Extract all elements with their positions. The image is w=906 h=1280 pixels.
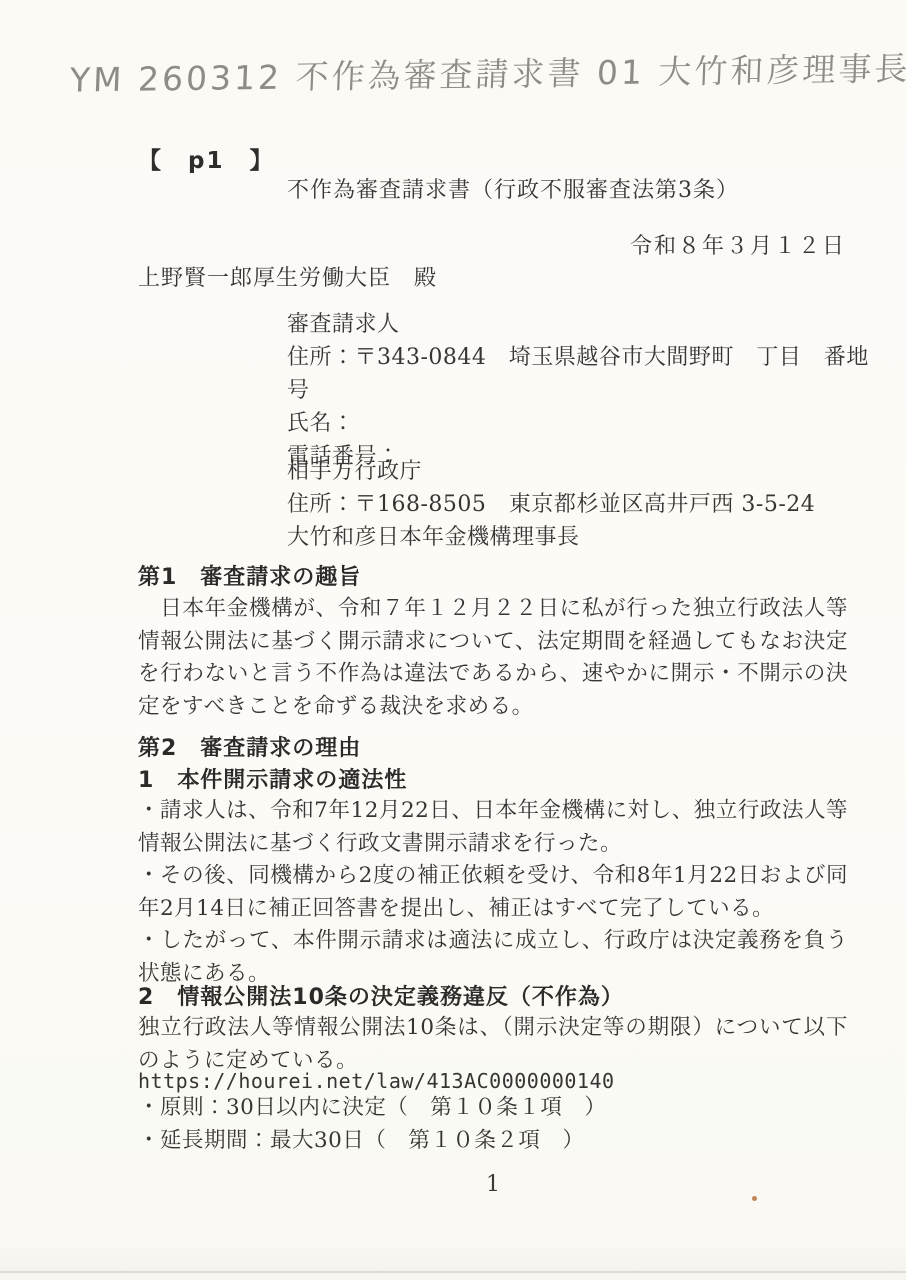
handwritten-note: YM 260312 不作為審査請求書 01 大竹和彦理事長 — [69, 45, 731, 101]
claimant-name-label: 氏名： — [287, 407, 906, 440]
section2-sub1-heading: 1 本件開示請求の適法性 — [138, 763, 407, 794]
respondent-address: 住所：〒168-8505 東京都杉並区高井戸西 3-5-24 — [287, 488, 815, 521]
section2-sub1-items: ・請求人は、令和7年12月22日、日本年金機構に対し、独立行政法人等情報公開法に… — [138, 795, 848, 990]
section1-heading: 第1 審査請求の趣旨 — [138, 560, 361, 591]
addressee-line: 上野賢一郎厚生労働大臣 殿 — [138, 261, 437, 292]
claimant-address: 住所：〒343-0844 埼玉県越谷市大間野町 丁目 番地 号 — [287, 341, 906, 407]
section2-sub2-intro: 独立行政法人等情報公開法10条は、（開示決定等の期限）について以下のように定めて… — [138, 1012, 848, 1077]
scan-edge-line — [0, 1271, 906, 1273]
list-item: ・延長期間：最大30日（ 第１０条２項 ） — [138, 1125, 606, 1158]
law-reference-url: https://hourei.net/law/413AC0000000140 — [138, 1069, 615, 1093]
document-date: 令和８年３月１２日 — [630, 229, 846, 260]
scan-speckle — [752, 1196, 757, 1201]
law-deadline-items: ・原則：30日以内に決定（ 第１０条１項 ） ・延長期間：最大30日（ 第１０条… — [138, 1092, 606, 1157]
section1-body: 日本年金機構が、令和７年１２月２２日に私が行った独立行政法人等情報公開法に基づく… — [138, 593, 848, 723]
list-item: ・請求人は、令和7年12月22日、日本年金機構に対し、独立行政法人等情報公開法に… — [138, 795, 848, 860]
page-number: 1 — [138, 1172, 848, 1197]
section2-heading: 第2 審査請求の理由 — [138, 731, 361, 762]
respondent-heading: 相手方行政庁 — [287, 455, 815, 488]
scan-edge-shadow — [0, 1273, 906, 1280]
claimant-block: 審査請求人 住所：〒343-0844 埼玉県越谷市大間野町 丁目 番地 号 氏名… — [287, 308, 906, 473]
claimant-heading: 審査請求人 — [287, 308, 906, 341]
page-marker: 【 p1 】 — [138, 142, 274, 175]
section2-sub2-heading: 2 情報公開法10条の決定義務違反（不作為） — [138, 980, 624, 1011]
document-title: 不作為審査請求書（行政不服審査法第3条） — [287, 173, 739, 204]
respondent-block: 相手方行政庁 住所：〒168-8505 東京都杉並区高井戸西 3-5-24 大竹… — [287, 455, 815, 554]
list-item: ・その後、同機構から2度の補正依頼を受け、令和8年1月22日および同年2月14日… — [138, 860, 848, 925]
respondent-name: 大竹和彦日本年金機構理事長 — [287, 521, 815, 554]
scanned-document-page: YM 260312 不作為審査請求書 01 大竹和彦理事長 【 p1 】 不作為… — [0, 0, 906, 1280]
list-item: ・原則：30日以内に決定（ 第１０条１項 ） — [138, 1092, 606, 1125]
